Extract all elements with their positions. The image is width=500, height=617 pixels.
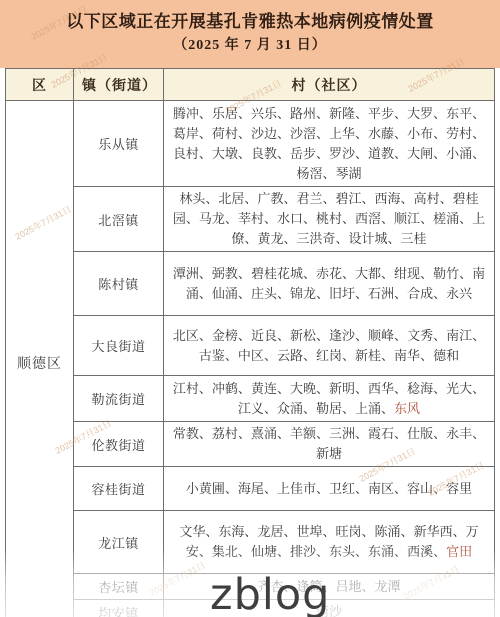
table-row: 顺德区乐从镇腾冲、乐居、兴乐、路州、新隆、平步、大罗、东平、葛岸、荷村、沙边、沙… [6, 101, 495, 187]
village-name: 旧圩 [329, 286, 355, 301]
village-name: 南江 [446, 328, 472, 343]
town-cell: 杏坛镇 [74, 574, 164, 600]
village-name: 上涌 [355, 401, 381, 416]
village-name: 仙涌 [212, 286, 238, 301]
village-name: 石洲 [368, 286, 394, 301]
header-row: 区 镇（街道） 村（社区） [6, 69, 495, 101]
village-name: 荔村 [212, 426, 238, 441]
village-name: 路州 [290, 106, 316, 121]
village-name: 南区 [368, 481, 394, 496]
village-name: 江义 [238, 401, 264, 416]
village-name: 云路 [277, 348, 303, 363]
village-name: 中区 [238, 348, 264, 363]
village-name: 江村 [173, 381, 199, 396]
village-name: 金榜 [212, 328, 238, 343]
villages-cell: 常教、荔村、熹涌、羊额、三洲、霞石、仕版、永丰、新塘 [164, 422, 495, 467]
village-name: 文华 [179, 524, 205, 539]
village-name: 卫红 [329, 481, 355, 496]
village-name: 沙滘 [290, 126, 316, 141]
header-villages: 村（社区） [164, 69, 495, 101]
village-name: 龙潭 [375, 579, 401, 594]
village-name: 容里 [446, 481, 472, 496]
notice-title: 以下区域正在开展基孔肯雅热本地病例疫情处置 [0, 11, 500, 33]
village-name: 西溪 [407, 544, 433, 559]
village-name: 君兰 [296, 191, 322, 206]
village-name: 大墩 [212, 146, 238, 161]
table-row: 龙江镇文华、东海、龙居、世埠、旺岗、陈涌、新华西、万安、集北、仙塘、排沙、东头、… [6, 511, 495, 574]
village-name: 三桂 [401, 231, 427, 246]
village-name: 小黄圃 [186, 481, 225, 496]
village-name: 三洪奇 [296, 231, 335, 246]
villages-cell: 北区、金榜、近良、新松、逢沙、顺峰、文秀、南江、古鉴、中区、云路、红岗、新桂、南… [164, 316, 495, 376]
village-name: 弼教 [212, 266, 238, 281]
village-name: 龙居 [257, 524, 283, 539]
village-name: 海尾 [238, 481, 264, 496]
village-name: 大晚 [290, 381, 316, 396]
village-name: 勒竹 [433, 266, 459, 281]
villages-cell: 腾冲、乐居、兴乐、路州、新隆、平步、大罗、东平、葛岸、荷村、沙边、沙滘、上华、水… [164, 101, 495, 187]
village-name: 北区 [173, 328, 199, 343]
village-name: 新松 [290, 328, 316, 343]
town-cell: 陈村镇 [74, 252, 164, 316]
village-name: 容山 [407, 481, 433, 496]
village-name: 黄连 [251, 381, 277, 396]
village-name: 集北 [212, 544, 238, 559]
village-name: 东平 [446, 106, 472, 121]
village-name: 良教 [251, 146, 277, 161]
table-row: 伦教街道常教、荔村、熹涌、羊额、三洲、霞石、仕版、永丰、新塘 [6, 422, 495, 467]
village-name: 绀现 [394, 266, 420, 281]
village-name: 东风 [394, 401, 420, 416]
villages-cell: 林头、北居、广教、君兰、碧江、西海、高村、碧桂园、马龙、莘村、水口、桃村、西滘、… [164, 187, 495, 252]
village-name: 小涌 [446, 146, 472, 161]
village-name: 兴乐 [251, 106, 277, 121]
table-row: 北滘镇林头、北居、广教、君兰、碧江、西海、高村、碧桂园、马龙、莘村、水口、桃村、… [6, 187, 495, 252]
village-name: 设计城 [349, 231, 388, 246]
village-name: 西海 [375, 191, 401, 206]
village-name: 仙塘 [251, 544, 277, 559]
village-name: 新华西 [414, 524, 453, 539]
village-name: 庄头 [251, 286, 277, 301]
village-name: 熹涌 [251, 426, 277, 441]
village-name: 光大 [446, 381, 472, 396]
town-cell: 均安镇 [74, 600, 164, 617]
town-cell: 勒流街道 [74, 376, 164, 422]
town-cell: 龙江镇 [74, 511, 164, 574]
village-name: 勒居 [316, 401, 342, 416]
table-row: 容桂街道小黄圃、海尾、上佳市、卫红、南区、容山、容里 [6, 467, 495, 511]
village-name: 荷村 [212, 126, 238, 141]
village-name: 众涌 [277, 401, 303, 416]
village-name: 世埠 [296, 524, 322, 539]
village-name: 仕版 [407, 426, 433, 441]
village-name: 上华 [329, 126, 355, 141]
header-town: 镇（街道） [74, 69, 164, 101]
table-row: 陈村镇潭洲、弼教、碧桂花城、赤花、大都、绀现、勒竹、南涌、仙涌、庄头、锦龙、旧圩… [6, 252, 495, 316]
villages-cell: 江村、冲鹤、黄连、大晚、新明、西华、稔海、光大、江义、众涌、勒居、上涌、东风 [164, 376, 495, 422]
village-name: 小布 [407, 126, 433, 141]
village-name: 上佳市 [277, 481, 316, 496]
town-cell: 乐从镇 [74, 101, 164, 187]
villages-cell: 文华、东海、龙居、世埠、旺岗、陈涌、新华西、万安、集北、仙塘、排沙、东头、东涌、… [164, 511, 495, 574]
village-name: 平步 [368, 106, 394, 121]
village-name: 良村 [173, 146, 199, 161]
village-name: 新隆 [329, 106, 355, 121]
village-name: 红岗 [316, 348, 342, 363]
table-row: 勒流街道江村、冲鹤、黄连、大晚、新明、西华、稔海、光大、江义、众涌、勒居、上涌、… [6, 376, 495, 422]
village-name: 锦龙 [290, 286, 316, 301]
village-name: 官田 [446, 544, 472, 559]
village-name: 近良 [251, 328, 277, 343]
banner: 以下区域正在开展基孔肯雅热本地病例疫情处置 （2025 年 7 月 31 日） [0, 0, 500, 68]
table-row: 大良街道北区、金榜、近良、新松、逢沙、顺峰、文秀、南江、古鉴、中区、云路、红岗、… [6, 316, 495, 376]
village-name: 逢沙 [329, 328, 355, 343]
village-name: 罗沙 [329, 146, 355, 161]
village-name: 新塘 [316, 446, 342, 461]
village-name: 西华 [368, 381, 394, 396]
village-name: 东头 [329, 544, 355, 559]
village-name: 葛岸 [173, 126, 199, 141]
town-cell: 伦教街道 [74, 422, 164, 467]
village-name: 杨滘 [296, 166, 322, 181]
village-name: 顺江 [394, 211, 420, 226]
village-name: 沙边 [251, 126, 277, 141]
village-name: 琴湖 [336, 166, 362, 181]
village-name: 顺峰 [368, 328, 394, 343]
epidemic-area-table: 区 镇（街道） 村（社区） 顺德区乐从镇腾冲、乐居、兴乐、路州、新隆、平步、大罗… [5, 68, 495, 617]
village-name: 旺岗 [336, 524, 362, 539]
notice-image: 以下区域正在开展基孔肯雅热本地病例疫情处置 （2025 年 7 月 31 日） … [0, 0, 500, 617]
village-name: 赤花 [316, 266, 342, 281]
village-name: 大闸 [407, 146, 433, 161]
village-name: 羊额 [290, 426, 316, 441]
village-name: 古鉴 [199, 348, 225, 363]
village-name: 林头 [179, 191, 205, 206]
village-name: 文秀 [407, 328, 433, 343]
village-name: 稔海 [407, 381, 433, 396]
village-name: 黄龙 [257, 231, 283, 246]
village-name: 桃村 [316, 211, 342, 226]
village-name: 常教 [173, 426, 199, 441]
village-name: 德和 [433, 348, 459, 363]
village-name: 大罗 [407, 106, 433, 121]
village-name: 高村 [414, 191, 440, 206]
village-name: 碧桂花城 [251, 266, 303, 281]
village-name: 吕地 [336, 579, 362, 594]
town-cell: 北滘镇 [74, 187, 164, 252]
village-name: 道教 [368, 146, 394, 161]
village-name: 乐居 [212, 106, 238, 121]
village-name: 霞石 [368, 426, 394, 441]
village-name: 潭洲 [173, 266, 199, 281]
village-name: 大都 [355, 266, 381, 281]
village-name: 永丰 [446, 426, 472, 441]
village-name: 腾冲 [173, 106, 199, 121]
village-name: 西滘 [355, 211, 381, 226]
villages-cell: 潭洲、弼教、碧桂花城、赤花、大都、绀现、勒竹、南涌、仙涌、庄头、锦龙、旧圩、石洲… [164, 252, 495, 316]
village-name: 广教 [257, 191, 283, 206]
village-name: 南华 [394, 348, 420, 363]
village-name: 莘村 [238, 211, 264, 226]
village-name: 新桂 [355, 348, 381, 363]
village-name: 永兴 [446, 286, 472, 301]
notice-date: （2025 年 7 月 31 日） [0, 37, 500, 55]
village-name: 碧江 [336, 191, 362, 206]
village-name: 马龙 [199, 211, 225, 226]
village-name: 新明 [329, 381, 355, 396]
village-name: 槎涌 [433, 211, 459, 226]
village-name: 岳步 [290, 146, 316, 161]
village-name: 排沙 [290, 544, 316, 559]
village-name: 水口 [277, 211, 303, 226]
village-name: 三洲 [329, 426, 355, 441]
district-cell: 顺德区 [6, 101, 74, 617]
village-name: 东涌 [368, 544, 394, 559]
village-name: 陈涌 [375, 524, 401, 539]
town-cell: 大良街道 [74, 316, 164, 376]
villages-cell: 小黄圃、海尾、上佳市、卫红、南区、容山、容里 [164, 467, 495, 511]
header-district: 区 [6, 69, 74, 101]
village-name: 劳村 [446, 126, 472, 141]
village-name: 东海 [218, 524, 244, 539]
village-name: 北居 [218, 191, 244, 206]
village-name: 合成 [407, 286, 433, 301]
town-cell: 容桂街道 [74, 467, 164, 511]
village-name: 水藤 [368, 126, 394, 141]
village-name: 冲鹤 [212, 381, 238, 396]
site-watermark: zblog [210, 572, 330, 617]
